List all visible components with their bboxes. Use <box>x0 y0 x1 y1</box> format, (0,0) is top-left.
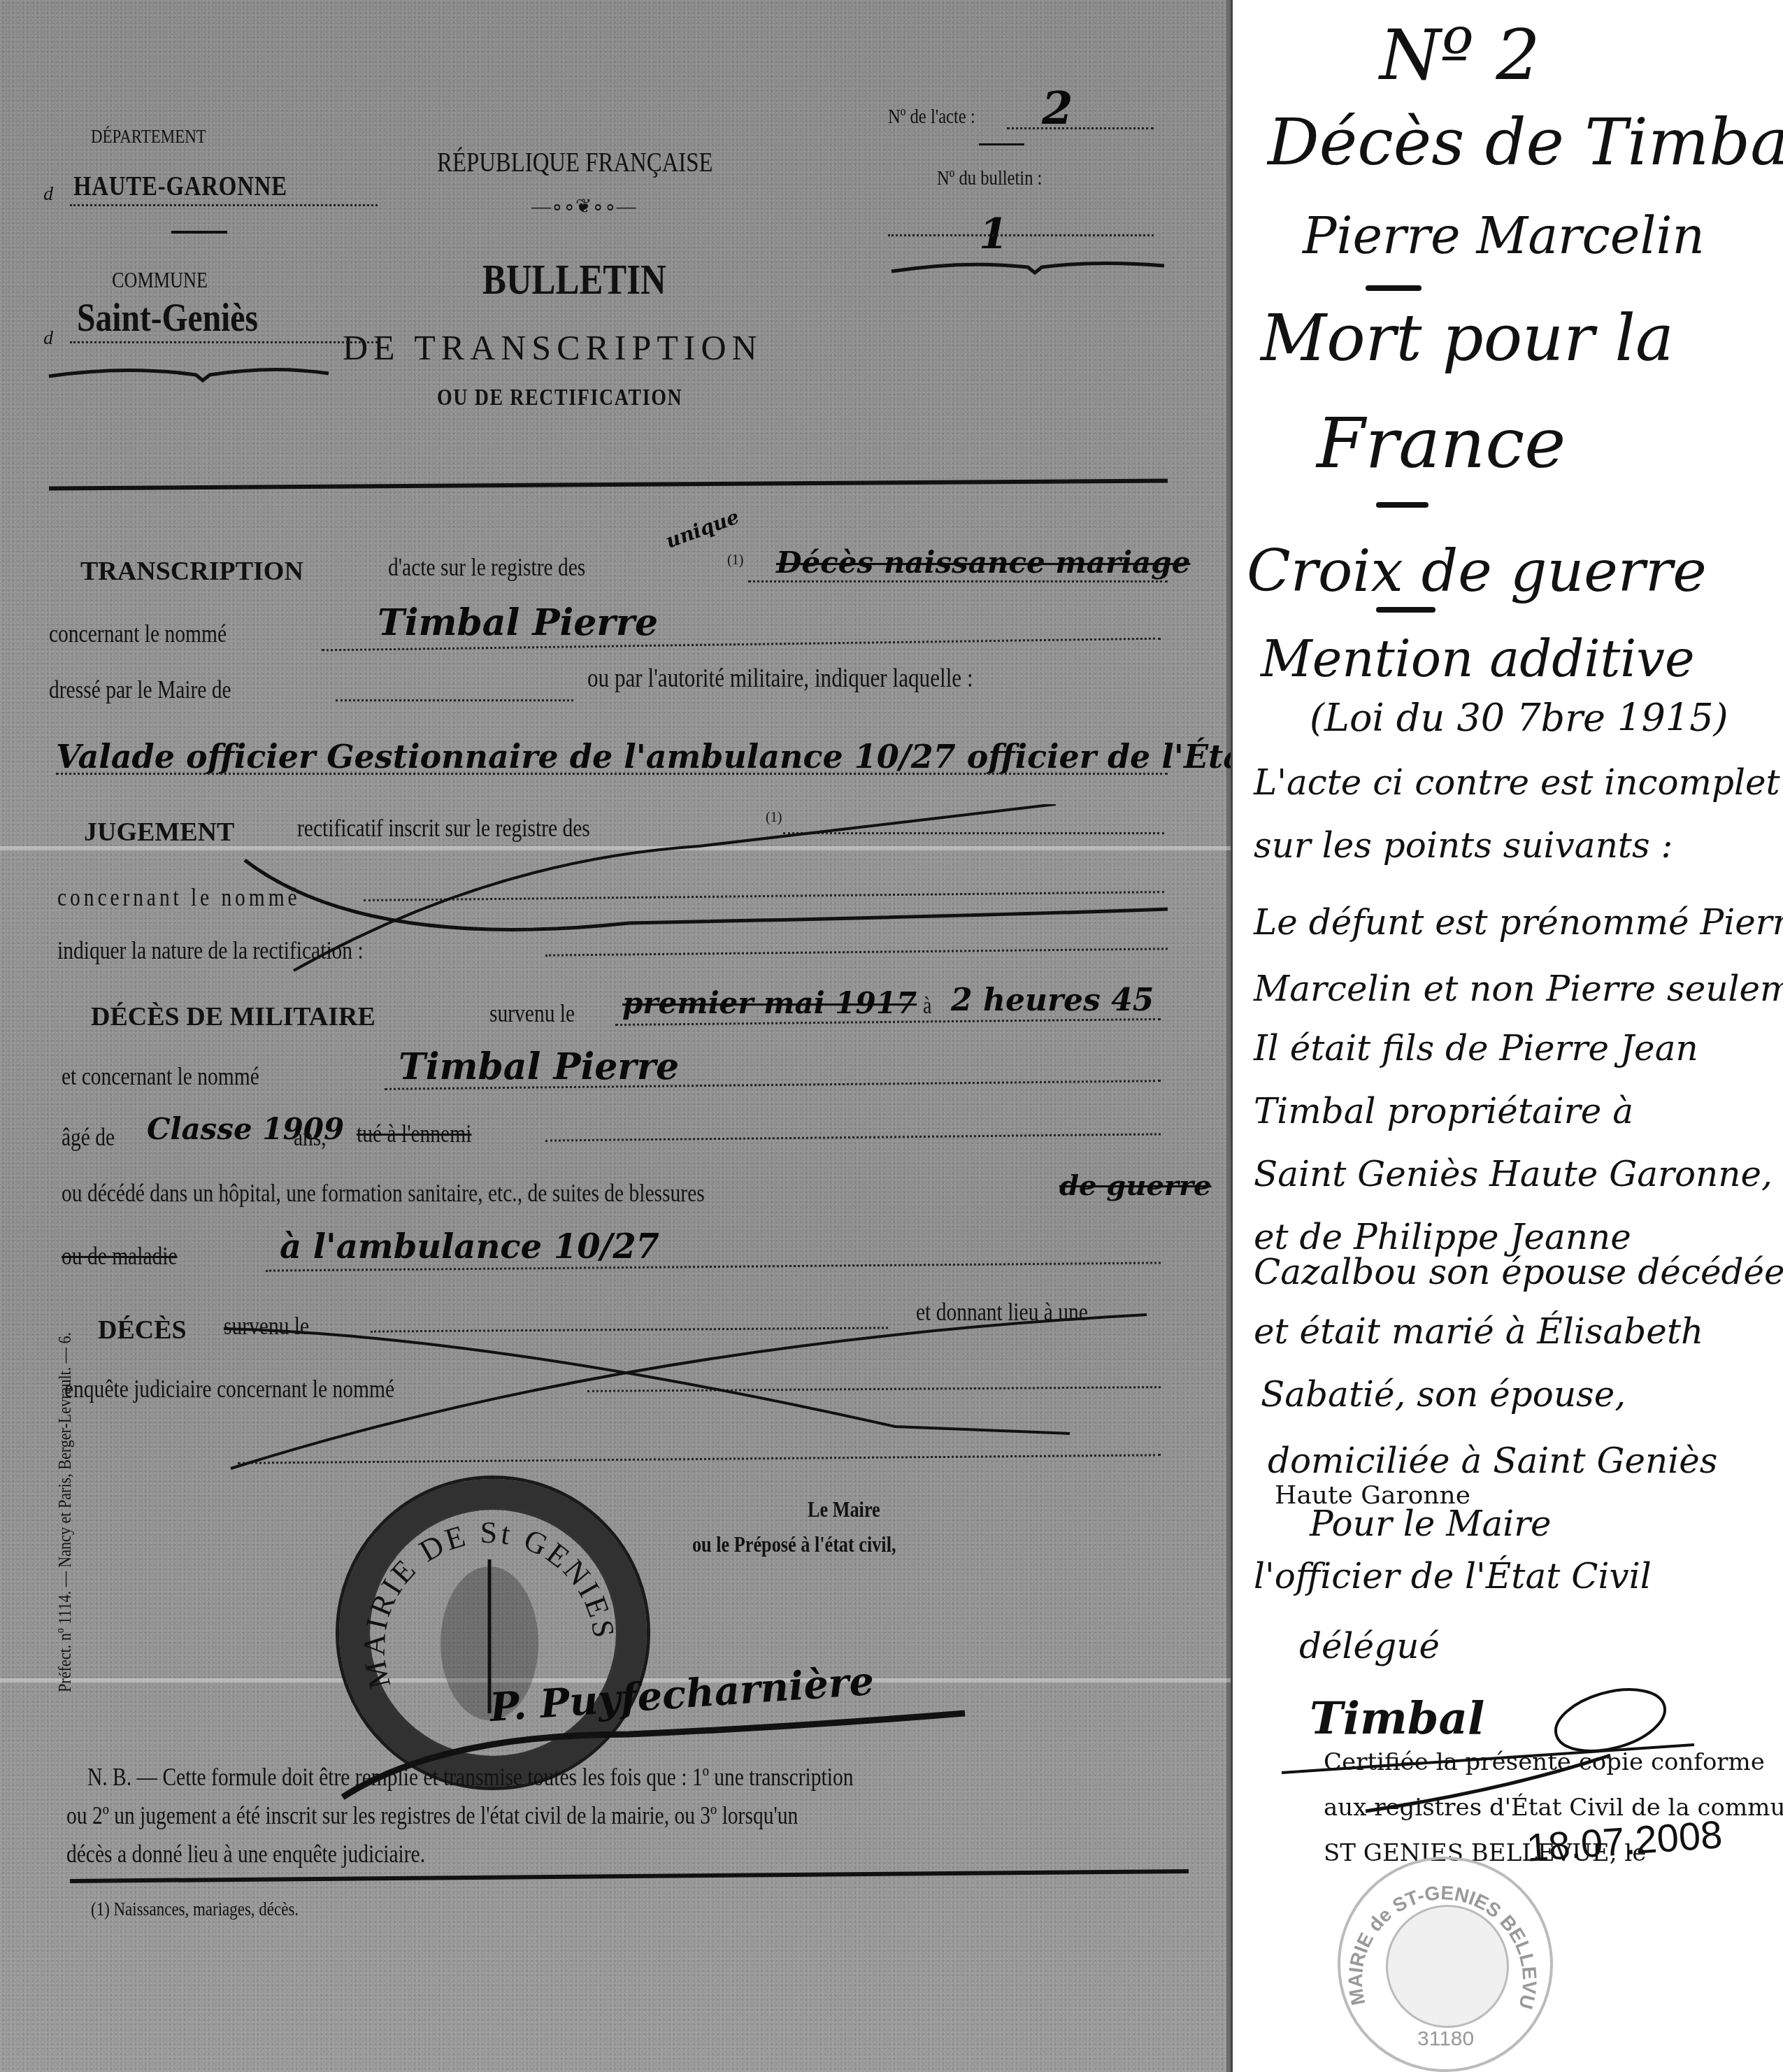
no-acte-field-line <box>1007 127 1154 129</box>
dresse-label: dressé par le Maire de <box>49 675 231 704</box>
transcription-heading: TRANSCRIPTION <box>80 556 303 587</box>
annotation-number: Nº 2 <box>1380 14 1540 96</box>
autorite-value: Valade officier Gestionnaire de l'ambula… <box>56 738 1351 776</box>
header-rule <box>49 478 1168 490</box>
militaire-name: Timbal Pierre <box>399 1045 679 1088</box>
commune-prefix: d <box>43 327 53 350</box>
nb-line-3: décès a donné lieu à une enquête judicia… <box>66 1839 425 1869</box>
ornament: —∘∘❦∘∘— <box>531 194 636 218</box>
annotation-body-line: Le défunt est prénommé Pierre <box>1254 902 1783 943</box>
separator <box>1376 502 1428 508</box>
separator <box>1366 285 1422 291</box>
nb-line-1: N. B. — Cette formule doit être remplie … <box>87 1762 853 1792</box>
age-field-line <box>545 1133 1161 1141</box>
no-bulletin-field-line <box>888 234 1154 236</box>
commune-label: COMMUNE <box>112 267 208 293</box>
annotation-body-line: Il était fils de Pierre Jean <box>1254 1028 1698 1069</box>
survenu-label: survenu le <box>489 999 575 1028</box>
margin-annotation: Nº 2 Décès de Timbal Pierre Marcelin Mor… <box>1231 0 1783 2072</box>
annotation-body-line: l'officier de l'État Civil <box>1254 1556 1652 1596</box>
no-acte-label: Nº de l'acte : <box>888 105 975 129</box>
commune-value: Saint-Geniès <box>77 294 258 341</box>
annotation-body-line: délégué <box>1299 1626 1440 1666</box>
departement-field-line <box>70 204 378 206</box>
lieu-value: à l'ambulance 10/27 <box>280 1227 659 1266</box>
annotation-body-line: Cazalbou son épouse décédée, <box>1254 1252 1783 1292</box>
certification-line-1: Certifiée la présente copie conforme <box>1324 1748 1765 1776</box>
annotation-body-line: Sabatié, son épouse, <box>1261 1374 1626 1415</box>
republic-heading: RÉPUBLIQUE FRANÇAISE <box>437 145 713 178</box>
et-concernant-label: et concernant le nommé <box>62 1062 259 1091</box>
flourish-divider <box>888 259 1168 280</box>
maire-label: Le Maire <box>808 1496 880 1522</box>
svg-text:MAIRIE de ST-GENIES BELLEVUE: MAIRIE de ST-GENIES BELLEVUE <box>1338 1857 1540 2011</box>
deces-militaire-heading: DÉCÈS DE MILITAIRE <box>91 1001 375 1032</box>
title-bulletin: BULLETIN <box>482 255 666 305</box>
croix-de-guerre: Croix de guerre <box>1247 538 1707 605</box>
transcription-text: d'acte sur le registre des <box>388 552 585 582</box>
departement-value: HAUTE-GARONNE <box>73 169 287 202</box>
annotation-body-line: et était marié à Élisabeth <box>1254 1311 1703 1352</box>
annotation-body-line: L'acte ci contre est incomplet <box>1254 762 1780 803</box>
death-date: premier mai 1917 <box>622 986 917 1020</box>
footnote-ref: (1) <box>727 552 743 569</box>
footnote: (1) Naissances, mariages, décès. <box>91 1899 299 1921</box>
annotation-name: Pierre Marcelin <box>1303 206 1705 265</box>
commune-field-line <box>70 341 378 343</box>
dresse-field-line <box>336 699 573 701</box>
annotation-body-line: Timbal propriétaire à <box>1254 1091 1633 1131</box>
blessures-value: de guerre <box>1059 1169 1211 1202</box>
departement-prefix: d <box>43 183 53 206</box>
nb-line-2: ou 2º un jugement a été inscrit sur les … <box>66 1801 798 1830</box>
separator <box>171 231 227 234</box>
age-label: âgé de <box>62 1122 115 1152</box>
hopital-label: ou décédé dans un hôpital, une formation… <box>62 1178 705 1208</box>
annotation-body-line: Saint Geniès Haute Garonne, <box>1254 1154 1773 1194</box>
mort-france: France <box>1317 402 1566 484</box>
concernant-label: concernant le nommé <box>49 619 227 648</box>
autorite-field-line <box>56 773 1168 775</box>
annotation-title: Décès de Timbal <box>1268 105 1783 180</box>
ans-label: ans, <box>294 1122 327 1152</box>
maladie-label: ou de maladie <box>62 1241 178 1271</box>
register-field-line <box>748 580 1168 583</box>
a-label: à <box>923 993 931 1020</box>
annotation-body-line: Pour le Maire <box>1310 1503 1552 1544</box>
jugement-cross-out <box>0 804 1231 979</box>
annotation-body-line: domiciliée à Saint Geniès <box>1268 1441 1717 1481</box>
departement-label: DÉPARTEMENT <box>91 126 206 148</box>
underline <box>1376 607 1435 613</box>
annotation-body-line: Marcelin et non Pierre seulement. <box>1254 969 1783 1009</box>
deces-cross-out <box>0 1308 1231 1476</box>
bellevue-seal: MAIRIE de ST-GENIES BELLEVUE 31180 <box>1338 1857 1553 2072</box>
autorite-label: ou par l'autorité militaire, indiquer la… <box>587 663 973 694</box>
flourish-divider <box>42 364 336 385</box>
loi-reference: (Loi du 30 7bre 1915) <box>1310 696 1728 740</box>
death-time: 2 heures 45 <box>951 983 1154 1018</box>
annotation-body-line: sur les points suivants : <box>1254 825 1673 866</box>
prepose-label: ou le Préposé à l'état civil, <box>692 1531 896 1557</box>
seal-postcode: 31180 <box>1417 2027 1474 2051</box>
footer-rule <box>70 1869 1189 1883</box>
tue-label: tué à l'ennemi <box>357 1119 471 1148</box>
no-bulletin-label: Nº du bulletin : <box>937 166 1042 190</box>
title-transcription: DE TRANSCRIPTION <box>343 327 763 368</box>
concernant-value: Timbal Pierre <box>378 601 658 644</box>
bulletin-form: Préfect. nº 1114. — Nancy et Paris, Berg… <box>0 0 1231 2072</box>
separator <box>979 143 1024 145</box>
mention-additive: Mention additive <box>1261 629 1695 688</box>
register-annotation: unique <box>663 505 743 552</box>
register-value: Décès naissance mariage <box>776 545 1190 580</box>
title-rectification: OU DE RECTIFICATION <box>437 385 682 411</box>
mort-pour-la: Mort pour la <box>1261 301 1674 376</box>
